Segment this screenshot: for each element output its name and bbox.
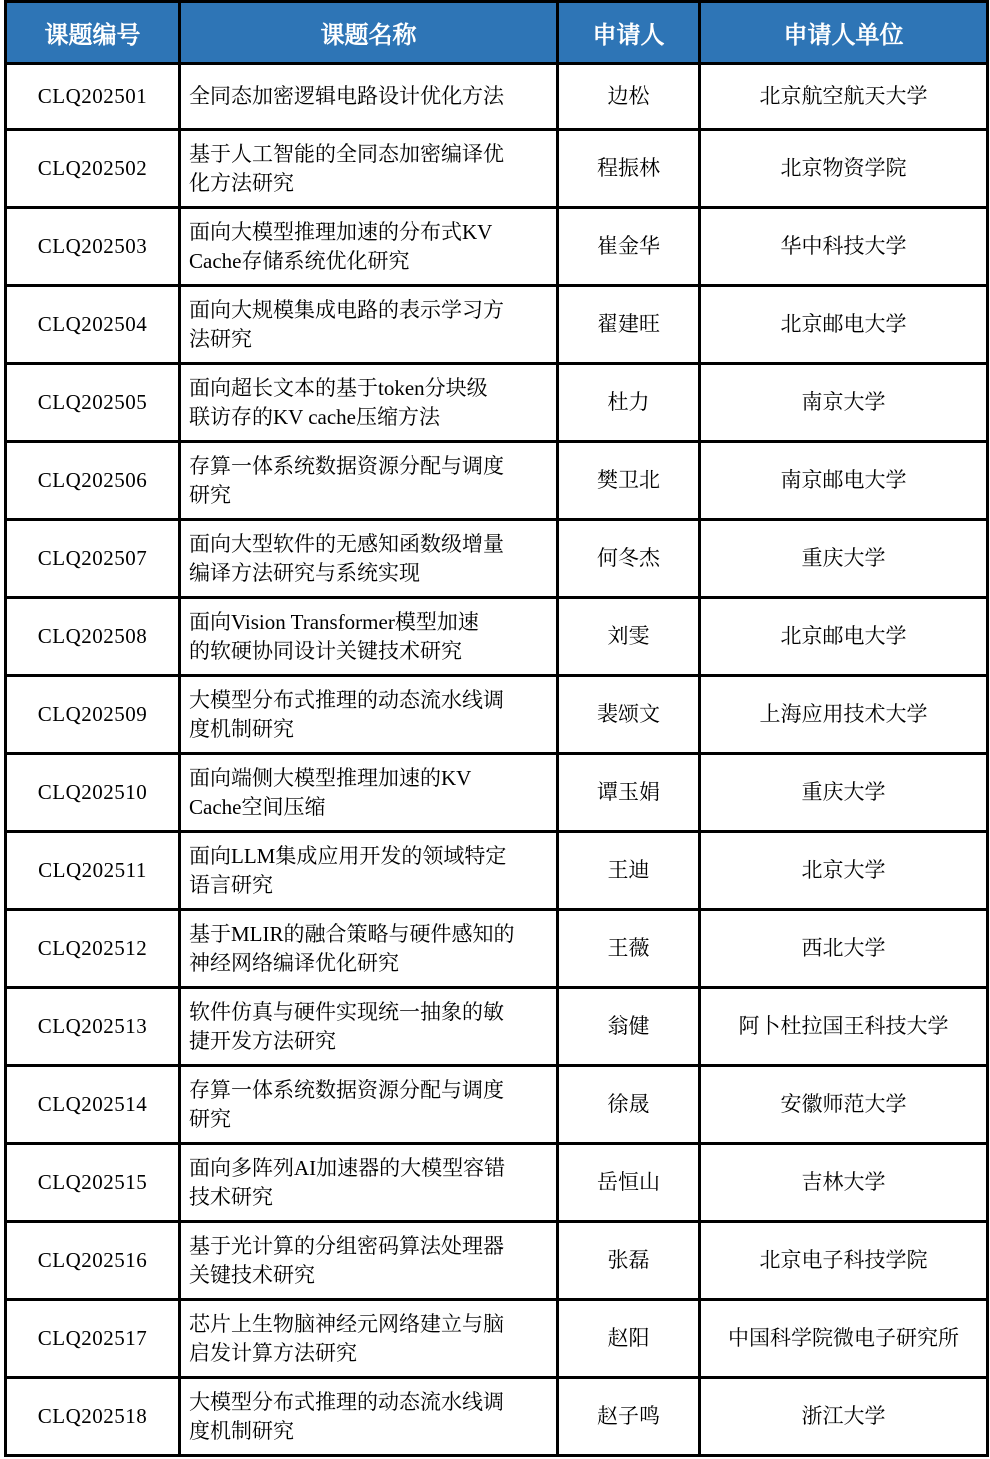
cell-project-name: 基于人工智能的全同态加密编译优 化方法研究 [180,130,558,208]
table-row: CLQ202503 面向大模型推理加速的分布式KV Cache存储系统优化研究 … [6,208,988,286]
cell-project-id: CLQ202517 [6,1300,180,1378]
cell-institution: 中国科学院微电子研究所 [700,1300,988,1378]
header-cell-project-name: 课题名称 [180,2,558,64]
document-page: 课题编号 课题名称 申请人 申请人单位 CLQ202501 全同态加密逻辑电路设… [0,0,990,1459]
cell-applicant: 刘雯 [558,598,700,676]
cell-project-id: CLQ202508 [6,598,180,676]
cell-project-name: 面向大模型推理加速的分布式KV Cache存储系统优化研究 [180,208,558,286]
project-table: 课题编号 课题名称 申请人 申请人单位 CLQ202501 全同态加密逻辑电路设… [4,0,989,1457]
cell-institution: 北京航空航天大学 [700,64,988,130]
cell-applicant: 崔金华 [558,208,700,286]
table-row: CLQ202509 大模型分布式推理的动态流水线调 度机制研究 裴颂文 上海应用… [6,676,988,754]
cell-applicant: 裴颂文 [558,676,700,754]
cell-project-name: 基于MLIR的融合策略与硬件感知的 神经网络编译优化研究 [180,910,558,988]
cell-project-id: CLQ202510 [6,754,180,832]
cell-institution: 重庆大学 [700,520,988,598]
cell-project-id: CLQ202515 [6,1144,180,1222]
table-row: CLQ202504 面向大规模集成电路的表示学习方 法研究 翟建旺 北京邮电大学 [6,286,988,364]
table-row: CLQ202515 面向多阵列AI加速器的大模型容错 技术研究 岳恒山 吉林大学 [6,1144,988,1222]
cell-applicant: 杜力 [558,364,700,442]
cell-project-name: 存算一体系统数据资源分配与调度 研究 [180,1066,558,1144]
cell-project-name: 芯片上生物脑神经元网络建立与脑 启发计算方法研究 [180,1300,558,1378]
header-cell-institution: 申请人单位 [700,2,988,64]
cell-project-id: CLQ202503 [6,208,180,286]
cell-institution: 南京大学 [700,364,988,442]
cell-applicant: 谭玉娟 [558,754,700,832]
table-row: CLQ202501 全同态加密逻辑电路设计优化方法 边松 北京航空航天大学 [6,64,988,130]
table-row: CLQ202518 大模型分布式推理的动态流水线调 度机制研究 赵子鸣 浙江大学 [6,1378,988,1456]
cell-applicant: 岳恒山 [558,1144,700,1222]
cell-applicant: 程振林 [558,130,700,208]
cell-institution: 北京物资学院 [700,130,988,208]
cell-applicant: 边松 [558,64,700,130]
cell-institution: 阿卜杜拉国王科技大学 [700,988,988,1066]
cell-project-id: CLQ202509 [6,676,180,754]
cell-institution: 安徽师范大学 [700,1066,988,1144]
cell-project-name: 面向Vision Transformer模型加速 的软硬协同设计关键技术研究 [180,598,558,676]
cell-applicant: 王迪 [558,832,700,910]
cell-project-name: 面向大规模集成电路的表示学习方 法研究 [180,286,558,364]
table-row: CLQ202516 基于光计算的分组密码算法处理器 关键技术研究 张磊 北京电子… [6,1222,988,1300]
cell-applicant: 张磊 [558,1222,700,1300]
table-row: CLQ202502 基于人工智能的全同态加密编译优 化方法研究 程振林 北京物资… [6,130,988,208]
cell-project-id: CLQ202504 [6,286,180,364]
table-row: CLQ202505 面向超长文本的基于token分块级 联访存的KV cache… [6,364,988,442]
cell-institution: 浙江大学 [700,1378,988,1456]
table-row: CLQ202511 面向LLM集成应用开发的领域特定 语言研究 王迪 北京大学 [6,832,988,910]
cell-institution: 北京大学 [700,832,988,910]
cell-project-name: 存算一体系统数据资源分配与调度 研究 [180,442,558,520]
cell-project-id: CLQ202512 [6,910,180,988]
cell-project-name: 软件仿真与硬件实现统一抽象的敏 捷开发方法研究 [180,988,558,1066]
table-row: CLQ202510 面向端侧大模型推理加速的KV Cache空间压缩 谭玉娟 重… [6,754,988,832]
cell-project-name: 大模型分布式推理的动态流水线调 度机制研究 [180,676,558,754]
table-row: CLQ202506 存算一体系统数据资源分配与调度 研究 樊卫北 南京邮电大学 [6,442,988,520]
table-row: CLQ202508 面向Vision Transformer模型加速 的软硬协同… [6,598,988,676]
cell-project-id: CLQ202507 [6,520,180,598]
table-row: CLQ202517 芯片上生物脑神经元网络建立与脑 启发计算方法研究 赵阳 中国… [6,1300,988,1378]
header-cell-project-id: 课题编号 [6,2,180,64]
cell-applicant: 赵阳 [558,1300,700,1378]
cell-applicant: 翟建旺 [558,286,700,364]
cell-project-name: 大模型分布式推理的动态流水线调 度机制研究 [180,1378,558,1456]
cell-project-id: CLQ202513 [6,988,180,1066]
cell-institution: 北京邮电大学 [700,598,988,676]
cell-institution: 南京邮电大学 [700,442,988,520]
cell-project-name: 面向端侧大模型推理加速的KV Cache空间压缩 [180,754,558,832]
cell-applicant: 樊卫北 [558,442,700,520]
table-row: CLQ202514 存算一体系统数据资源分配与调度 研究 徐晟 安徽师范大学 [6,1066,988,1144]
cell-institution: 北京邮电大学 [700,286,988,364]
cell-project-name: 全同态加密逻辑电路设计优化方法 [180,64,558,130]
cell-project-name: 基于光计算的分组密码算法处理器 关键技术研究 [180,1222,558,1300]
cell-project-id: CLQ202518 [6,1378,180,1456]
cell-applicant: 徐晟 [558,1066,700,1144]
cell-project-id: CLQ202516 [6,1222,180,1300]
cell-institution: 北京电子科技学院 [700,1222,988,1300]
cell-project-id: CLQ202506 [6,442,180,520]
cell-institution: 吉林大学 [700,1144,988,1222]
cell-institution: 西北大学 [700,910,988,988]
cell-project-name: 面向超长文本的基于token分块级 联访存的KV cache压缩方法 [180,364,558,442]
table-row: CLQ202512 基于MLIR的融合策略与硬件感知的 神经网络编译优化研究 王… [6,910,988,988]
table-body: CLQ202501 全同态加密逻辑电路设计优化方法 边松 北京航空航天大学 CL… [6,64,988,1456]
table-row: CLQ202507 面向大型软件的无感知函数级增量 编译方法研究与系统实现 何冬… [6,520,988,598]
cell-applicant: 何冬杰 [558,520,700,598]
cell-project-id: CLQ202514 [6,1066,180,1144]
cell-institution: 重庆大学 [700,754,988,832]
cell-applicant: 翁健 [558,988,700,1066]
cell-project-name: 面向多阵列AI加速器的大模型容错 技术研究 [180,1144,558,1222]
cell-applicant: 赵子鸣 [558,1378,700,1456]
table-row: CLQ202513 软件仿真与硬件实现统一抽象的敏 捷开发方法研究 翁健 阿卜杜… [6,988,988,1066]
cell-project-id: CLQ202502 [6,130,180,208]
cell-project-id: CLQ202501 [6,64,180,130]
header-cell-applicant: 申请人 [558,2,700,64]
cell-project-name: 面向大型软件的无感知函数级增量 编译方法研究与系统实现 [180,520,558,598]
cell-institution: 上海应用技术大学 [700,676,988,754]
cell-project-id: CLQ202505 [6,364,180,442]
cell-institution: 华中科技大学 [700,208,988,286]
cell-project-id: CLQ202511 [6,832,180,910]
header-row: 课题编号 课题名称 申请人 申请人单位 [6,2,988,64]
cell-applicant: 王薇 [558,910,700,988]
cell-project-name: 面向LLM集成应用开发的领域特定 语言研究 [180,832,558,910]
